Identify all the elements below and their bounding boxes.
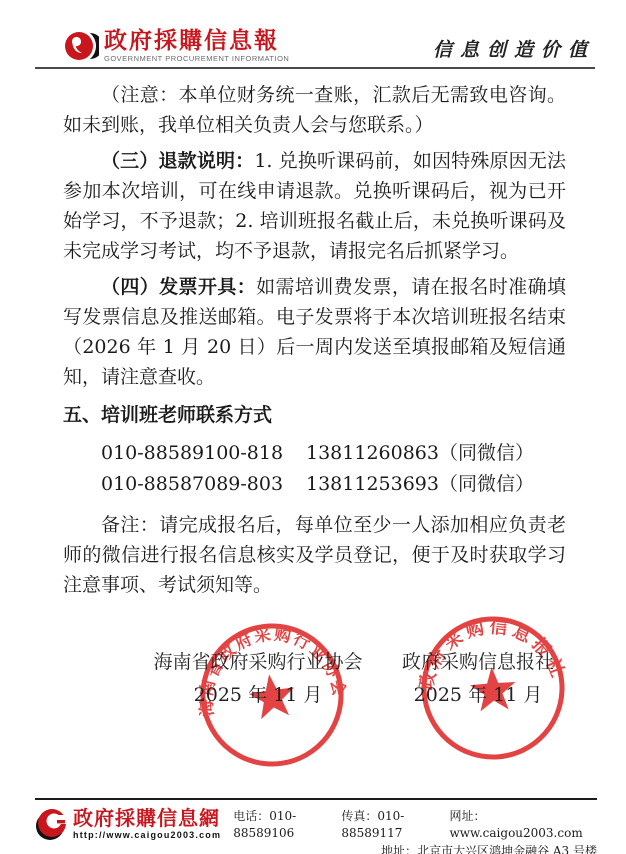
contact-section-heading: 五、培训班老师联系方式	[63, 400, 566, 430]
contact-mobile: 13811253693（同微信）	[306, 469, 534, 500]
signature-right: 政府采购信息报社 政府采购信息报社 2025 年 11 月	[363, 646, 593, 712]
contact-mobile: 13811260863（同微信）	[306, 438, 534, 469]
contact-phone: 010-88587089-803	[101, 469, 306, 500]
footer-address: 地址：北京市大兴区鸿坤金融谷 A3 号楼	[233, 843, 597, 854]
footer-logo-url: http://www.caigou2003.com	[73, 831, 221, 840]
organization-name: 政府采购信息报社	[363, 646, 593, 679]
refund-paragraph: （三）退款说明：1. 兑换听课码前，如因特殊原因无法参加本次培训，可在线申请退款…	[63, 146, 566, 266]
signature-block: 海南省政府采购行业协会 海南省政府采购行业协会 2025 年 11 月 政府采购…	[63, 616, 566, 816]
footer-fax: 传真：010-88589117	[341, 808, 449, 842]
refund-label: （三）退款说明：	[101, 150, 254, 172]
header: 政府採購信息報 GOVERNMENT PROCUREMENT INFORMATI…	[35, 28, 595, 69]
footer-logo-icon	[35, 805, 69, 843]
newspaper-logo: 政府採購信息報 GOVERNMENT PROCUREMENT INFORMATI…	[35, 28, 289, 64]
footer-phone: 电话：010-88589106	[233, 808, 341, 842]
contact-row: 010-88587089-803 13811253693（同微信）	[63, 469, 566, 500]
newspaper-logo-icon	[63, 28, 99, 64]
document-body: （注意：本单位财务统一查账，汇款后无需致电咨询。如未到账，我单位相关负责人会与您…	[63, 80, 566, 816]
contact-row: 010-88589100-818 13811260863（同微信）	[63, 438, 566, 469]
footer-logo: 政府採購信息網 http://www.caigou2003.com	[35, 805, 221, 843]
invoice-label: （四）发票开具：	[101, 276, 256, 298]
invoice-paragraph: （四）发票开具：如需培训费发票，请在报名时准确填写发票信息及推送邮箱。电子发票将…	[63, 272, 566, 392]
organization-name: 海南省政府采购行业协会	[143, 646, 373, 679]
newspaper-logo-title: 政府採購信息報	[104, 29, 289, 52]
note-text: （注意：本单位财务统一查账，汇款后无需致电咨询。如未到账，我单位相关负责人会与您…	[63, 84, 566, 136]
newspaper-logo-subtitle: GOVERNMENT PROCUREMENT INFORMATION	[104, 55, 289, 63]
remark-paragraph: 备注：请完成报名后，每单位至少一人添加相应负责老师的微信进行报名信息核实及学员登…	[63, 510, 566, 600]
footer: 政府採購信息網 http://www.caigou2003.com 电话：010…	[35, 798, 597, 854]
footer-contact-info: 电话：010-88589106 传真：010-88589117 网址：www.c…	[233, 805, 597, 854]
header-slogan: 信息创造价值	[433, 35, 595, 64]
contact-phone: 010-88589100-818	[101, 438, 306, 469]
note-paragraph: （注意：本单位财务统一查账，汇款后无需致电咨询。如未到账，我单位相关负责人会与您…	[63, 80, 566, 140]
signature-left: 海南省政府采购行业协会 海南省政府采购行业协会 2025 年 11 月	[143, 646, 373, 712]
signature-date: 2025 年 11 月	[143, 679, 373, 712]
signature-date: 2025 年 11 月	[363, 679, 593, 712]
document-page: 政府採購信息報 GOVERNMENT PROCUREMENT INFORMATI…	[0, 0, 626, 854]
footer-website: 网址：www.caigou2003.com	[449, 808, 597, 842]
footer-logo-title: 政府採購信息網	[73, 808, 221, 828]
